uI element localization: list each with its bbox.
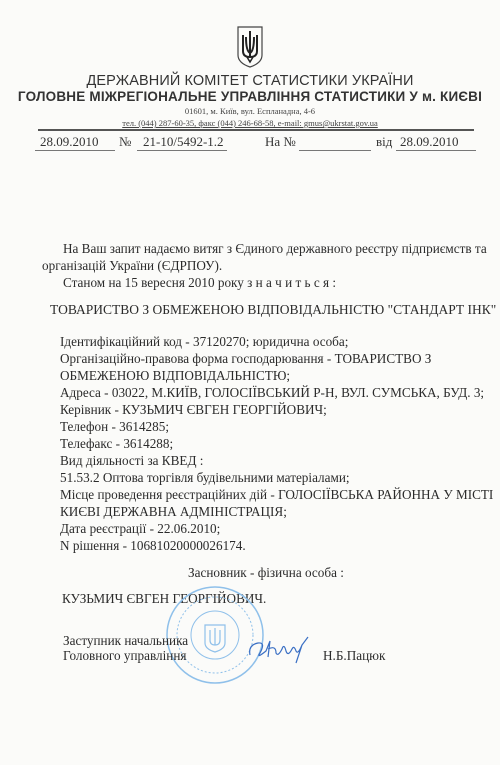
signatory-name: Н.Б.Пацюк [323, 648, 385, 664]
as-of-statement: Станом на 15 вересня 2010 року з н а ч и… [63, 275, 336, 291]
signatory-title-line-1: Заступник начальника [63, 633, 188, 649]
from-label: від [376, 134, 392, 150]
in-reply-label: На № [265, 134, 296, 150]
outgoing-number-underline [137, 150, 227, 151]
outgoing-date-underline [35, 150, 115, 151]
company-name: ТОВАРИСТВО З ОБМЕЖЕНОЮ ВІДПОВІДАЛЬНІСТЮ … [50, 302, 496, 318]
detail-line: ОБМЕЖЕНОЮ ВІДПОВІДАЛЬНІСТЮ; [60, 368, 290, 384]
detail-line: Керівник - КУЗЬМИЧ ЄВГЕН ГЕОРГІЙОВИЧ; [60, 402, 327, 418]
trident-emblem-icon [236, 25, 264, 68]
detail-line: Організаційно-правова форма господарюван… [60, 351, 431, 367]
header-divider [38, 129, 474, 131]
outgoing-date: 28.09.2010 [40, 134, 99, 150]
in-reply-underline [299, 150, 371, 151]
document-page: ДЕРЖАВНИЙ КОМІТЕТ СТАТИСТИКИ УКРАЇНИ ГОЛ… [0, 0, 500, 765]
detail-line: Телефон - 3614285; [60, 419, 169, 435]
from-date: 28.09.2010 [400, 134, 459, 150]
department-name: ГОЛОВНЕ МІЖРЕГІОНАЛЬНЕ УПРАВЛІННЯ СТАТИС… [0, 89, 500, 104]
founder-label: Засновник - фізична особа : [188, 565, 344, 581]
signatory-title-line-2: Головного управління [63, 648, 186, 664]
outgoing-number: 21-10/5492-1.2 [143, 134, 224, 150]
detail-line: Дата реєстрації - 22.06.2010; [60, 521, 220, 537]
intro-line-1: На Ваш запит надаємо витяг з Єдиного дер… [63, 241, 487, 257]
department-contacts: тел. (044) 287-60-35, факс (044) 246-68-… [0, 118, 500, 128]
detail-line: Ідентифікаційний код - 37120270; юридичн… [60, 334, 348, 350]
detail-line: N рішення - 10681020000026174. [60, 538, 246, 554]
committee-name: ДЕРЖАВНИЙ КОМІТЕТ СТАТИСТИКИ УКРАЇНИ [0, 73, 500, 89]
department-address: 01601, м. Київ, вул. Еспланадна, 4-6 [0, 106, 500, 116]
detail-line: Телефакс - 3614288; [60, 436, 173, 452]
detail-line: 51.53.2 Оптова торгівля будівельними мат… [60, 470, 350, 486]
intro-line-2: організацій України (ЄДРПОУ). [42, 258, 222, 274]
detail-line: Місце проведення реєстраційних дій - ГОЛ… [60, 487, 493, 503]
handwritten-signature-icon [246, 633, 316, 665]
detail-line: КИЄВІ ДЕРЖАВНА АДМІНІСТРАЦІЯ; [60, 504, 287, 520]
number-label: № [119, 134, 131, 150]
detail-line: Адреса - 03022, М.КИЇВ, ГОЛОСІЇВСЬКИЙ Р-… [60, 385, 484, 401]
from-date-underline [396, 150, 476, 151]
detail-line: Вид діяльності за КВЕД : [60, 453, 203, 469]
